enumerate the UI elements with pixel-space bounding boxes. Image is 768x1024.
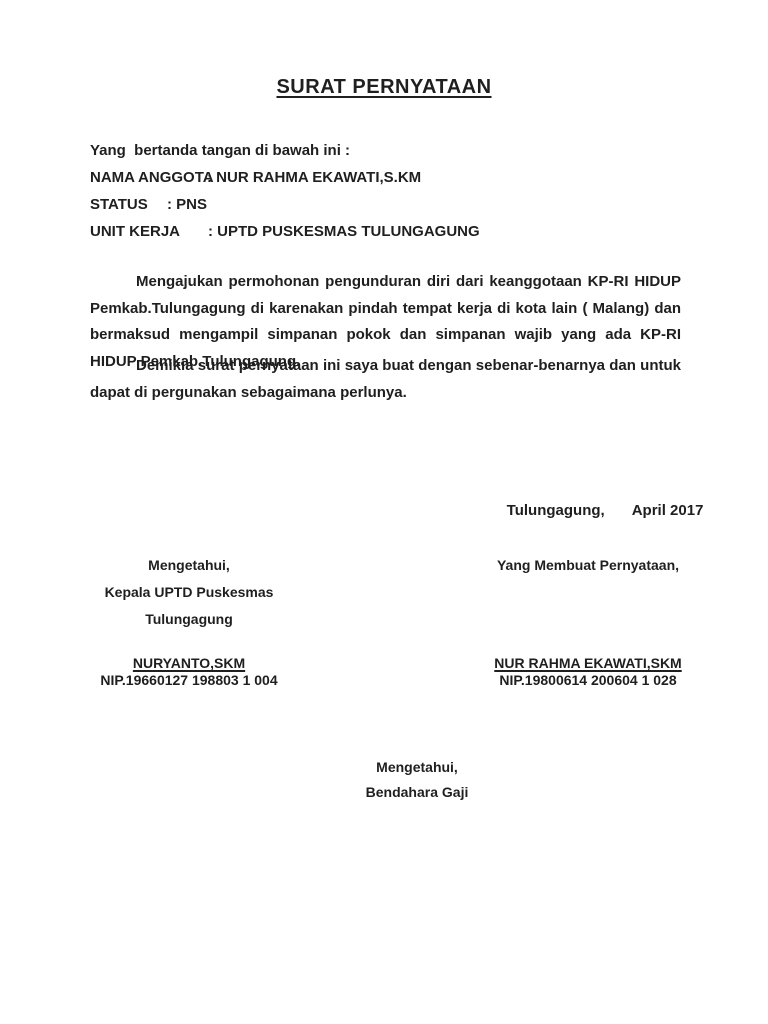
field-value-status: : PNS [167,196,207,213]
right-signatory-nip: NIP.19800614 200604 1 028 [470,672,706,689]
statement-paragraph-2: Demikia surat pernyataan ini saya buat d… [90,353,681,406]
left-signatory-heading-block: Mengetahui, Kepala UPTD Puskesmas Tulung… [82,552,296,633]
field-label-nama-anggota: NAMA ANGGOTA [90,169,207,186]
dateline-city: Tulungagung, [507,502,605,519]
dateline: Tulungagung,April 2017 [490,485,703,536]
left-signatory-subheading: Kepala UPTD Puskesmas Tulungagung [82,579,296,633]
statement-letter-page: SURAT PERNYATAAN Yang bertanda tangan di… [0,0,768,1024]
bottom-signatory-block: Mengetahui, Bendahara Gaji [317,755,517,805]
field-value-unit-kerja: : UPTD PUSKESMAS TULUNGAGUNG [208,223,480,240]
field-value-nama-anggota: : NUR RAHMA EKAWATI,S.KM [207,169,421,186]
field-row-nama-anggota: NAMA ANGGOTA : NUR RAHMA EKAWATI,S.KM [90,169,421,186]
intro-line: Yang bertanda tangan di bawah ini : [90,142,350,159]
document-title: SURAT PERNYATAAN [0,76,768,99]
right-signatory-name-block: NUR RAHMA EKAWATI,SKM NIP.19800614 20060… [470,655,706,689]
right-signatory-heading: Yang Membuat Pernyataan, [470,552,706,579]
dateline-date: April 2017 [632,502,704,519]
left-signatory-nip: NIP.19660127 198803 1 004 [82,672,296,689]
field-label-unit-kerja: UNIT KERJA [90,223,208,240]
right-signatory-name: NUR RAHMA EKAWATI,SKM [470,655,706,672]
bottom-signatory-heading: Mengetahui, [317,755,517,780]
field-label-status: STATUS [90,196,167,213]
left-signatory-name: NURYANTO,SKM [82,655,296,672]
bottom-signatory-role: Bendahara Gaji [317,780,517,805]
field-row-unit-kerja: UNIT KERJA : UPTD PUSKESMAS TULUNGAGUNG [90,223,480,240]
left-signatory-heading: Mengetahui, [82,552,296,579]
field-row-status: STATUS : PNS [90,196,207,213]
left-signatory-name-block: NURYANTO,SKM NIP.19660127 198803 1 004 [82,655,296,689]
